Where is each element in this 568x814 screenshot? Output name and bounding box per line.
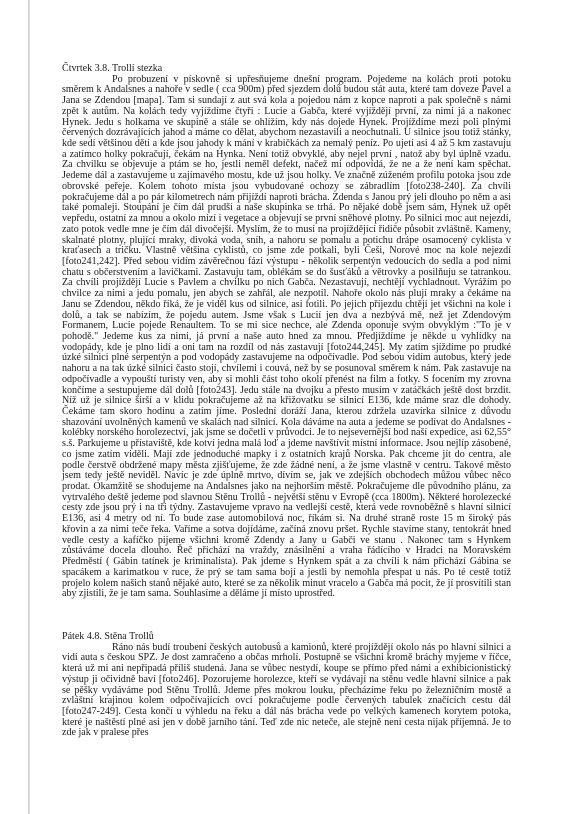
section-spacer [62, 600, 511, 632]
diary-entry-friday: Pátek 4.8. Stěna Trollů Ráno nás budí tr… [62, 632, 511, 739]
entry-paragraph: Po probuzení v pískovně si upřesňujeme d… [62, 75, 511, 600]
diary-entry-thursday: Čtvrtek 3.8. Trollí stezka Po probuzení … [62, 64, 511, 600]
document-page: Čtvrtek 3.8. Trollí stezka Po probuzení … [62, 64, 511, 739]
entry-paragraph: Ráno nás budí troubení českých autobusů … [62, 643, 511, 739]
scan-edge-line [28, 0, 30, 814]
